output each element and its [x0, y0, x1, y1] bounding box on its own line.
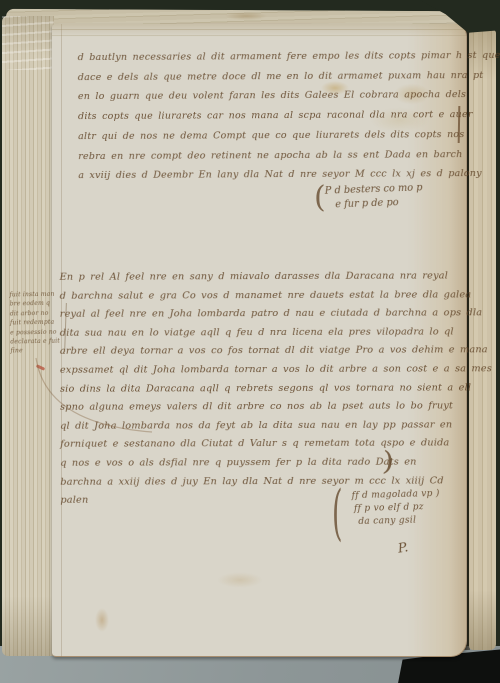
text-line: dace e dels als que metre doce dl me en …: [78, 66, 500, 88]
text-line: q nos e vos o als dsfial nre q puyssem f…: [60, 453, 492, 473]
closing-brace-mark: ): [381, 447, 394, 477]
text-line: reyal al feel nre en Joha lombarda patro…: [60, 304, 492, 324]
text-line: dita sua nau en lo viatge aqll q feu d n…: [60, 323, 492, 343]
text-line: d barchna salut e gra Co vos d manamet n…: [60, 286, 492, 306]
entry-1-paragraph: d bautlyn necessaries al dit armament fe…: [78, 46, 500, 186]
text-line: En p rel Al feel nre en sany d miavalo d…: [60, 267, 492, 287]
text-line: dits copts que liurarets car nos mana al…: [78, 105, 500, 127]
manuscript-photo-scene: d bautlyn necessaries al dit armament fe…: [0, 0, 500, 683]
text-line: a xviij dies d Deembr En lany dla Nat d …: [78, 164, 500, 186]
text-line: ff d magolada vp ): [351, 488, 439, 504]
text-line: da cany gsil: [358, 514, 440, 529]
signature-block: ff d magolada vp ) ff p vo elf d pz da c…: [351, 488, 440, 530]
text-line: declarata e fuit: [10, 337, 66, 347]
text-line: d bautlyn necessaries al dit armament fe…: [78, 46, 500, 68]
text-line: en lo guarn que deu volent faran les dit…: [78, 85, 500, 107]
text-line: rebra en nre compt deo retinent ne apoch…: [78, 144, 500, 166]
margin-note: fuit insta man bre eodem q dit arbor no …: [9, 290, 66, 357]
text-line: altr qui de nos ne dema Compt que co que…: [78, 125, 500, 147]
margin-arc-line: [30, 352, 160, 442]
signature-bracket-mark: (: [332, 483, 343, 543]
notarial-subscription: P d besters co mo p e fur p de po: [325, 181, 424, 211]
signature-flourish: P.: [397, 540, 409, 556]
